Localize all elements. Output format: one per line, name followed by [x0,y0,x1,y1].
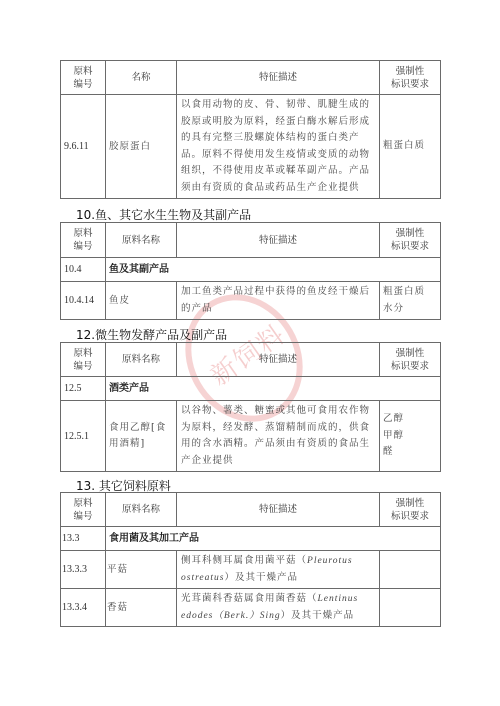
row-desc: 加工鱼类产品过程中获得的鱼皮经干燥后的产品 [177,282,380,320]
header-req: 强制性 标识要求 [380,61,441,95]
row-req: 粗蛋白质 [380,95,441,199]
category-name: 鱼及其副产品 [106,258,441,282]
category-code: 13.3 [61,527,106,551]
category-name: 酒类产品 [106,377,441,401]
row-code: 13.3.3 [61,551,106,589]
row-code: 9.6.11 [61,95,106,199]
category-row: 13.3 食用菌及其加工产品 [61,527,441,551]
header-desc: 特征描述 [177,493,380,527]
header-req: 强制性 标识要求 [380,493,441,527]
header-name: 名称 [106,61,177,95]
header-code: 原料 编号 [61,493,106,527]
row-name: 胶原蛋白 [106,95,177,199]
table-row: 13.3.3 平菇 侧耳科侧耳属食用菌平菇（Pleurotus ostreatu… [61,551,441,589]
row-desc: 以食用动物的皮、骨、韧带、肌腱生成的胶原或明胶为原料，经蛋白酶水解后形成的具有完… [177,95,380,199]
table-row: 13.3.4 香菇 光茸菌科香菇属食用菌香菇（Lentinus edodes（B… [61,589,441,627]
row-desc: 侧耳科侧耳属食用菌平菇（Pleurotus ostreatus）及其干燥产品 [177,551,380,589]
desc-prefix: 光茸菌科香菇属食用菌香菇（ [181,593,318,604]
table-section-13: 原料 编号 原料名称 特征描述 强制性 标识要求 13.3 食用菌及其加工产品 … [60,492,441,627]
row-req [380,589,441,627]
table-section-12: 原料 编号 原料名称 特征描述 强制性 标识要求 12.5 酒类产品 12.5.… [60,342,441,472]
row-req: 乙醇 甲醇 醛 [380,401,441,472]
desc-suffix: ）及其干燥产品 [281,610,355,621]
row-name: 食用乙醇[食用酒精] [106,401,177,472]
table-section-10: 原料 编号 原料名称 特征描述 强制性 标识要求 10.4 鱼及其副产品 10.… [60,222,441,320]
desc-prefix: 侧耳科侧耳属食用菌平菇（ [181,555,307,566]
desc-suffix: ）及其干燥产品 [224,572,298,583]
table-row: 12.5.1 食用乙醇[食用酒精] 以谷物、薯类、糖蜜或其他可食用农作物为原料，… [61,401,441,472]
category-name: 食用菌及其加工产品 [106,527,441,551]
row-code: 13.3.4 [61,589,106,627]
row-desc: 光茸菌科香菇属食用菌香菇（Lentinus edodes（Berk.）Sing）… [177,589,380,627]
section-12-title: 12.微生物发酵产品及副产品 [76,326,227,343]
category-code: 12.5 [61,377,106,401]
header-name: 原料名称 [106,493,177,527]
row-req: 粗蛋白质 水分 [380,282,441,320]
table-header: 原料 编号 原料名称 特征描述 强制性 标识要求 [61,343,441,377]
table-header: 原料 编号 原料名称 特征描述 强制性 标识要求 [61,493,441,527]
header-desc: 特征描述 [177,223,380,258]
row-name: 鱼皮 [106,282,177,320]
table-header: 原料 编号 名称 特征描述 强制性 标识要求 [61,61,441,95]
header-code: 原料 编号 [61,61,106,95]
row-code: 10.4.14 [61,282,106,320]
table-row: 9.6.11 胶原蛋白 以食用动物的皮、骨、韧带、肌腱生成的胶原或明胶为原料，经… [61,95,441,199]
row-desc: 以谷物、薯类、糖蜜或其他可食用农作物为原料，经发酵、蒸馏精制而成的，供食用的含水… [177,401,380,472]
header-name: 原料名称 [106,223,177,258]
table-header: 原料 编号 原料名称 特征描述 强制性 标识要求 [61,223,441,258]
category-row: 12.5 酒类产品 [61,377,441,401]
section-10-title: 10.鱼、其它水生生物及其副产品 [76,206,251,223]
row-req [380,551,441,589]
table-9-6: 原料 编号 名称 特征描述 强制性 标识要求 9.6.11 胶原蛋白 以食用动物… [60,60,441,199]
category-code: 10.4 [61,258,106,282]
table-row: 10.4.14 鱼皮 加工鱼类产品过程中获得的鱼皮经干燥后的产品 粗蛋白质 水分 [61,282,441,320]
header-desc: 特征描述 [177,61,380,95]
header-code: 原料 编号 [61,223,106,258]
category-row: 10.4 鱼及其副产品 [61,258,441,282]
row-code: 12.5.1 [61,401,106,472]
row-name: 平菇 [106,551,177,589]
header-req: 强制性 标识要求 [380,343,441,377]
header-desc: 特征描述 [177,343,380,377]
header-req: 强制性 标识要求 [380,223,441,258]
row-name: 香菇 [106,589,177,627]
header-code: 原料 编号 [61,343,106,377]
header-name: 原料名称 [106,343,177,377]
